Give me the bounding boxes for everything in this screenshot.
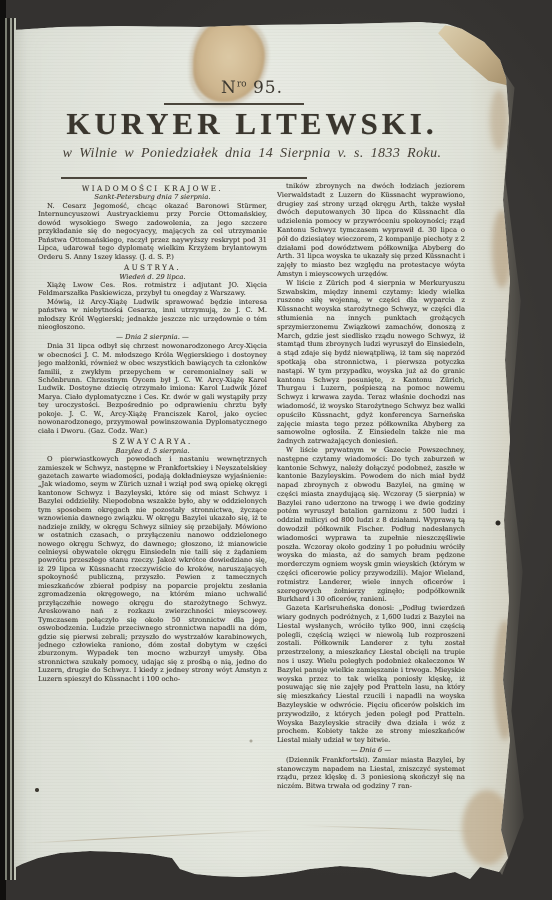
right-column: tników zbroynych na dwóch łodziach jezio…	[277, 182, 465, 791]
news-dateline: Sankt-Petersburg dnia 7 sierpnia.	[38, 193, 267, 201]
news-paragraph: Xiążę Lwow Ces. Ros. rotmistrz i adjutan…	[38, 281, 267, 298]
news-paragraph: O pierwiastkowych powodach i nastaniu we…	[38, 455, 267, 683]
news-dateline: Wiedeń d. 29 lipca.	[38, 273, 267, 281]
newspaper-scan-page: { "masthead": { "issue_prefix": "N", "is…	[0, 0, 552, 900]
news-section-heading: AUSTRYA.	[38, 264, 267, 272]
news-paragraph: W liście z Zürich pod 4 sierpnia w Merku…	[277, 279, 465, 446]
paper-crease	[300, 825, 480, 832]
issue-number: Nro 95.	[30, 78, 474, 98]
news-section-heading: SZWAYCARYA.	[38, 438, 267, 446]
issue-superscript: ro	[237, 79, 247, 89]
edge-stain	[490, 90, 508, 150]
issue-prefix: N	[221, 78, 237, 98]
issue-value: 95.	[247, 78, 283, 98]
dateline-rule	[61, 177, 307, 179]
news-paragraph: W liście prywatnym w Gazecie Powszechney…	[277, 446, 465, 604]
news-dateline: Bazylea d. 5 sierpnia.	[38, 447, 267, 455]
news-paragraph: Mówią, iż Arcy-Xiążę Ludwik sprawować bę…	[38, 298, 267, 332]
news-subdate: — Dnia 6 —	[277, 746, 465, 755]
masthead-dateline: w Wilnie w Poniedziałek dnia 14 Sierpnia…	[30, 146, 474, 162]
news-subdate: — Dnia 2 sierpnia. —	[38, 333, 267, 341]
news-paragraph: tników zbroynych na dwóch łodziach jezio…	[277, 182, 465, 279]
news-paragraph: (Dziennik Frankfortski). Zamiar miasta B…	[277, 756, 465, 791]
left-column: WIADOMOŚCI KRAJOWE. Sankt-Petersburg dni…	[38, 182, 267, 683]
newspaper-title: KURYER LITEWSKI.	[30, 106, 474, 142]
paper-crease	[28, 829, 278, 843]
news-paragraph: N. Cesarz Jegomość, chcąc okazać Baronow…	[38, 202, 267, 261]
news-paragraph: Gazeta Karlsruheńska donosi: „Podług twi…	[277, 604, 465, 745]
news-paragraph: Dnia 31 lipca odbył się chrzest nowonaro…	[38, 342, 267, 435]
masthead: Nro 95. KURYER LITEWSKI. w Wilnie w Poni…	[30, 78, 474, 162]
newspaper-page: Nro 95. KURYER LITEWSKI. w Wilnie w Poni…	[0, 0, 552, 900]
